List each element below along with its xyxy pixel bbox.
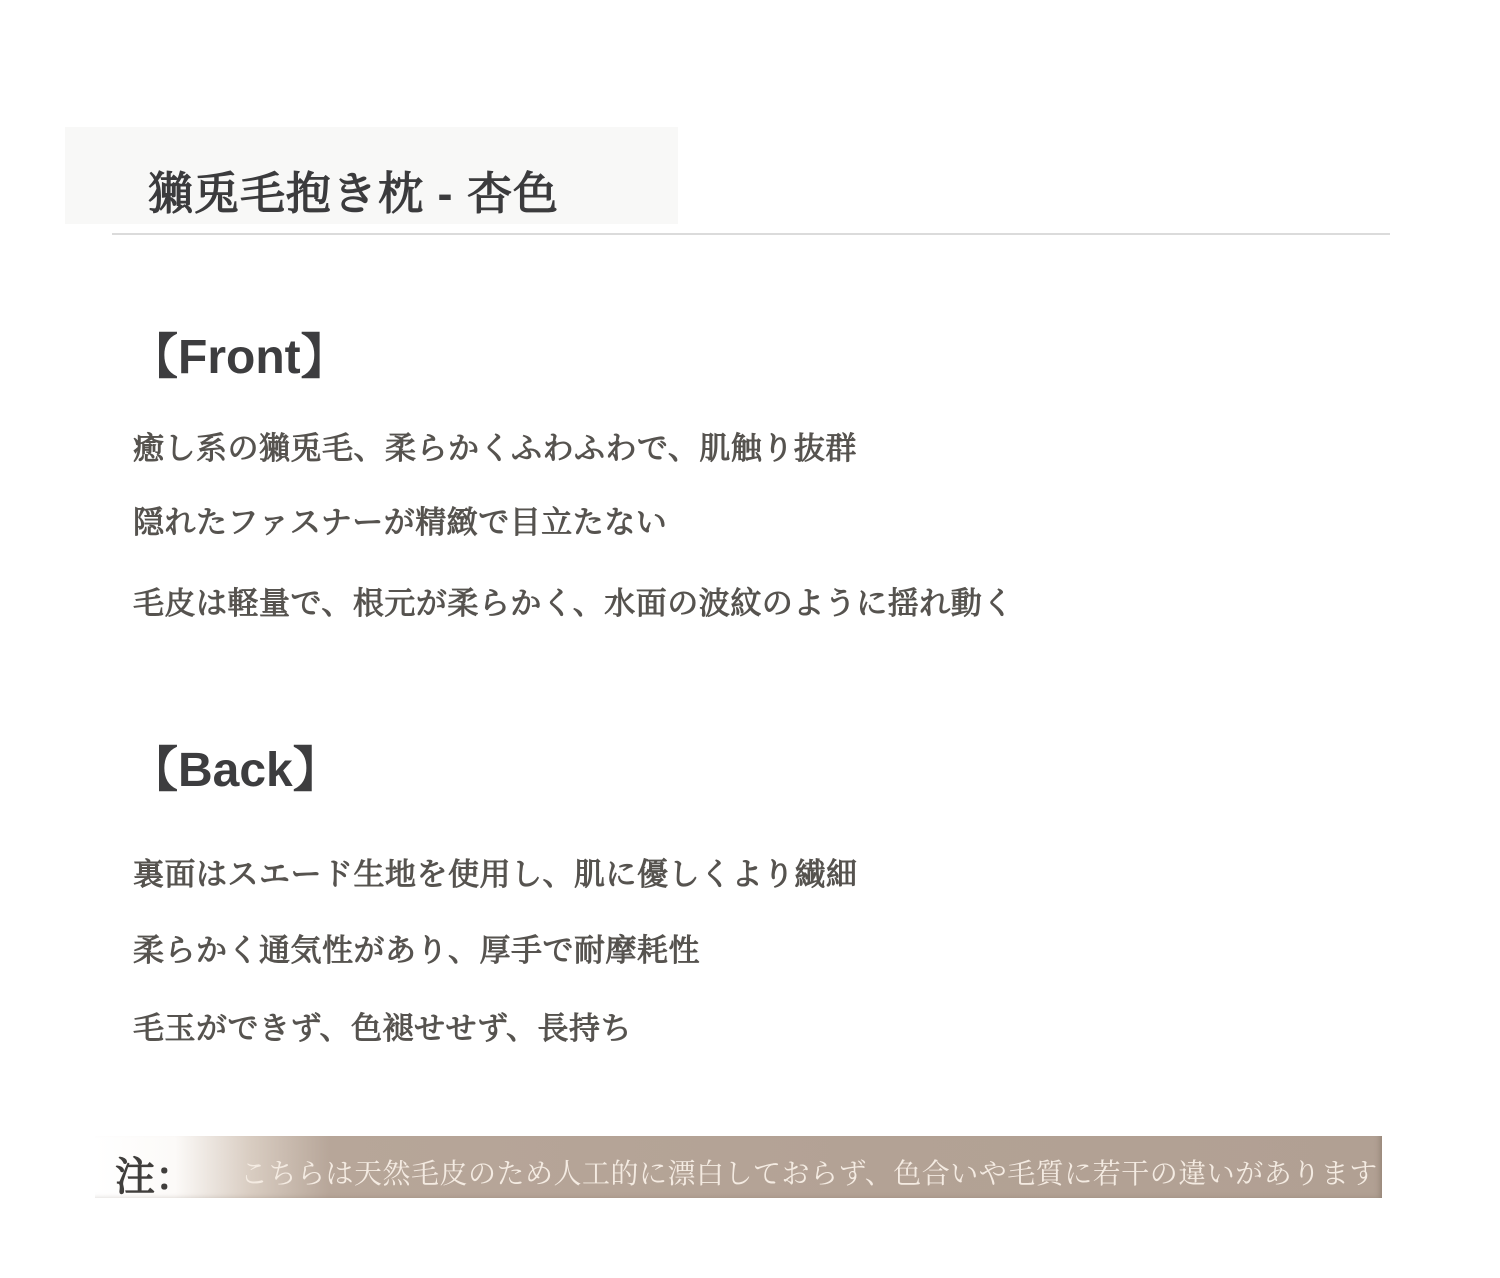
- back-feature-line-3: 毛玉ができず、色褪せせず、長持ち: [133, 1003, 632, 1048]
- section-front-heading: 【Front】: [130, 318, 349, 387]
- title-divider: [112, 233, 1390, 235]
- note-label: 注：: [115, 1145, 195, 1202]
- front-feature-line-2: 隠れたファスナーが精緻で目立たない: [133, 497, 667, 542]
- back-feature-line-1: 裏面はスエード生地を使用し、肌に優しくより繊細: [133, 849, 858, 894]
- section-back-heading: 【Back】: [130, 731, 341, 800]
- front-feature-line-3: 毛皮は軽量で、根元が柔らかく、水面の波紋のように揺れ動く: [133, 578, 1014, 623]
- product-description-page: 獺兎毛抱き枕 - 杏色 【Front】 癒し系の獺兎毛、柔らかくふわふわで、肌触…: [0, 0, 1500, 1278]
- note-text: こちらは天然毛皮のため人工的に漂白しておらず、色合いや毛質に若干の違いがあります: [240, 1152, 1378, 1192]
- note-banner: 注： こちらは天然毛皮のため人工的に漂白しておらず、色合いや毛質に若干の違いがあ…: [95, 1136, 1382, 1198]
- front-feature-line-1: 癒し系の獺兎毛、柔らかくふわふわで、肌触り抜群: [133, 423, 857, 468]
- back-feature-line-2: 柔らかく通気性があり、厚手で耐摩耗性: [133, 925, 700, 970]
- product-title: 獺兎毛抱き枕 - 杏色: [148, 157, 559, 222]
